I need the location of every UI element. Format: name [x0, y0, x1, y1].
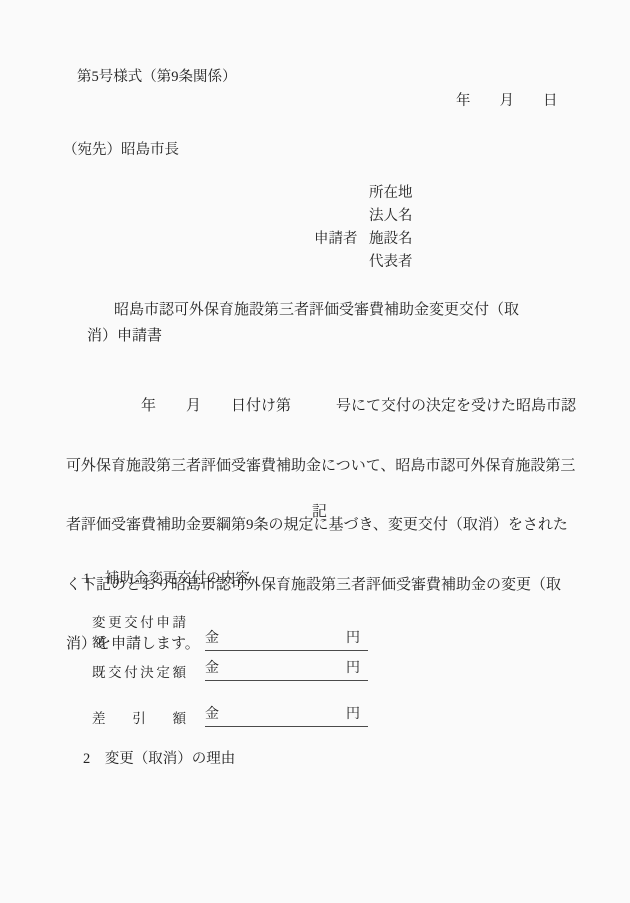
amount-label: 既交付決定額 [92, 661, 186, 681]
currency-prefix: 金 [205, 703, 219, 723]
document-page: 第5号様式（第9条関係） 年 月 日 （宛先）昭島市長 申請者 所在地 法人名 … [0, 0, 630, 903]
document-title-line-2: 消）申請書 [87, 324, 162, 345]
applicant-field-representative: 代表者 [369, 250, 413, 271]
applicant-field-corporation: 法人名 [369, 204, 413, 225]
currency-suffix: 円 [346, 627, 360, 647]
currency-suffix: 円 [346, 703, 360, 723]
amount-label: 変更交付申請額 [92, 611, 186, 651]
date-blank-line: 年 月 日 [456, 89, 558, 110]
amount-blank-field: 金 円 [205, 657, 368, 681]
amount-row-difference: 差引額 金 円 [92, 703, 368, 727]
amount-blank-field: 金 円 [205, 627, 368, 651]
amount-row-change-application: 変更交付申請額 金 円 [92, 611, 368, 651]
body-line: 可外保育施設第三者評価受審費補助金について、昭島市認可外保育施設第三 [66, 454, 586, 480]
section-2-heading: 2 変更（取消）の理由 [83, 747, 235, 768]
recipient-line: （宛先）昭島市長 [63, 138, 179, 159]
form-number: 第5号様式（第9条関係） [77, 65, 237, 86]
body-line: 年 月 日付け第 号にて交付の決定を受けた昭島市認 [66, 394, 586, 420]
currency-prefix: 金 [205, 627, 219, 647]
amount-blank-field: 金 円 [205, 703, 368, 727]
applicant-field-address: 所在地 [369, 181, 413, 202]
document-title-line-1: 昭島市認可外保育施設第三者評価受審費補助金変更交付（取 [114, 298, 519, 319]
ki-marker: 記 [312, 500, 327, 521]
currency-suffix: 円 [346, 657, 360, 677]
applicant-field-facility: 施設名 [369, 227, 413, 248]
amount-row-already-decided: 既交付決定額 金 円 [92, 657, 368, 681]
amount-label: 差引額 [92, 707, 186, 727]
currency-prefix: 金 [205, 657, 219, 677]
applicant-label: 申請者 [314, 227, 358, 248]
section-1-heading: 1 補助金変更交付の内容 [83, 567, 250, 588]
